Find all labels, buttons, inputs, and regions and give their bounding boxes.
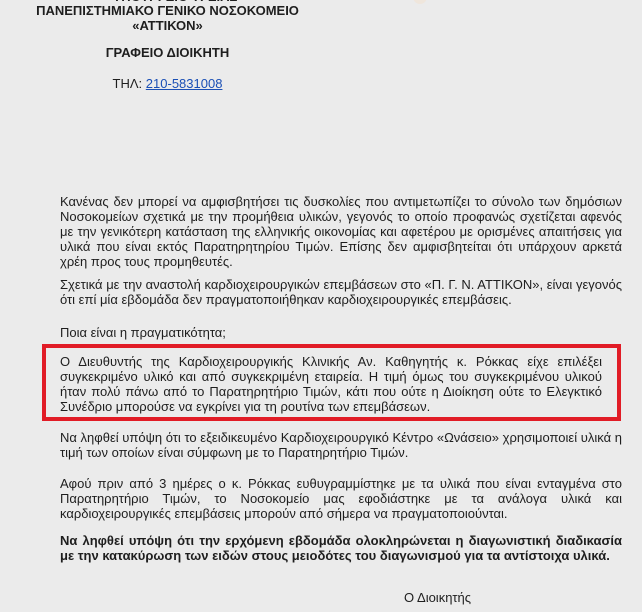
paragraph-suspension: Σχετικά με την αναστολή καρδιοχειρουργικ… (60, 277, 622, 307)
phone-link[interactable]: 210-5831008 (146, 76, 223, 91)
hospital-name-line2: «ΑΤΤΙΚΟΝ» (0, 18, 335, 33)
hospital-name-line1: ΠΑΝΕΠΙΣΤΗΜΙΑΚΟ ΓΕΝΙΚΟ ΝΟΣΟΚΟΜΕΙΟ (0, 3, 335, 18)
paragraph-onasseio: Να ληφθεί υπόψη ότι το εξειδικευμένο Καρ… (60, 430, 622, 460)
paragraph-highlighted-director: Ο Διευθυντής της Καρδιοχειρουργικής Κλιν… (60, 354, 602, 414)
paragraph-question: Ποια είναι η πραγματικότητα; (60, 325, 622, 340)
signature: Ο Διοικητής (404, 590, 471, 605)
office-title: ΓΡΑΦΕΙΟ ΔΙΟΙΚΗΤΗ (0, 45, 335, 60)
paragraph-difficulties: Κανένας δεν μπορεί να αμφισβητήσει τις δ… (60, 194, 622, 269)
phone-label: ΤΗΛ: (113, 76, 146, 91)
paragraph-alignment: Αφού πριν από 3 ημέρες ο κ. Ρόκκας ευθυγ… (60, 476, 622, 521)
phone-line: ΤΗΛ: 210-5831008 (0, 76, 335, 91)
corner-mark (413, 0, 427, 4)
paragraph-tender-bold: Να ληφθεί υπόψη ότι την ερχόμενη εβδομάδ… (60, 533, 622, 563)
